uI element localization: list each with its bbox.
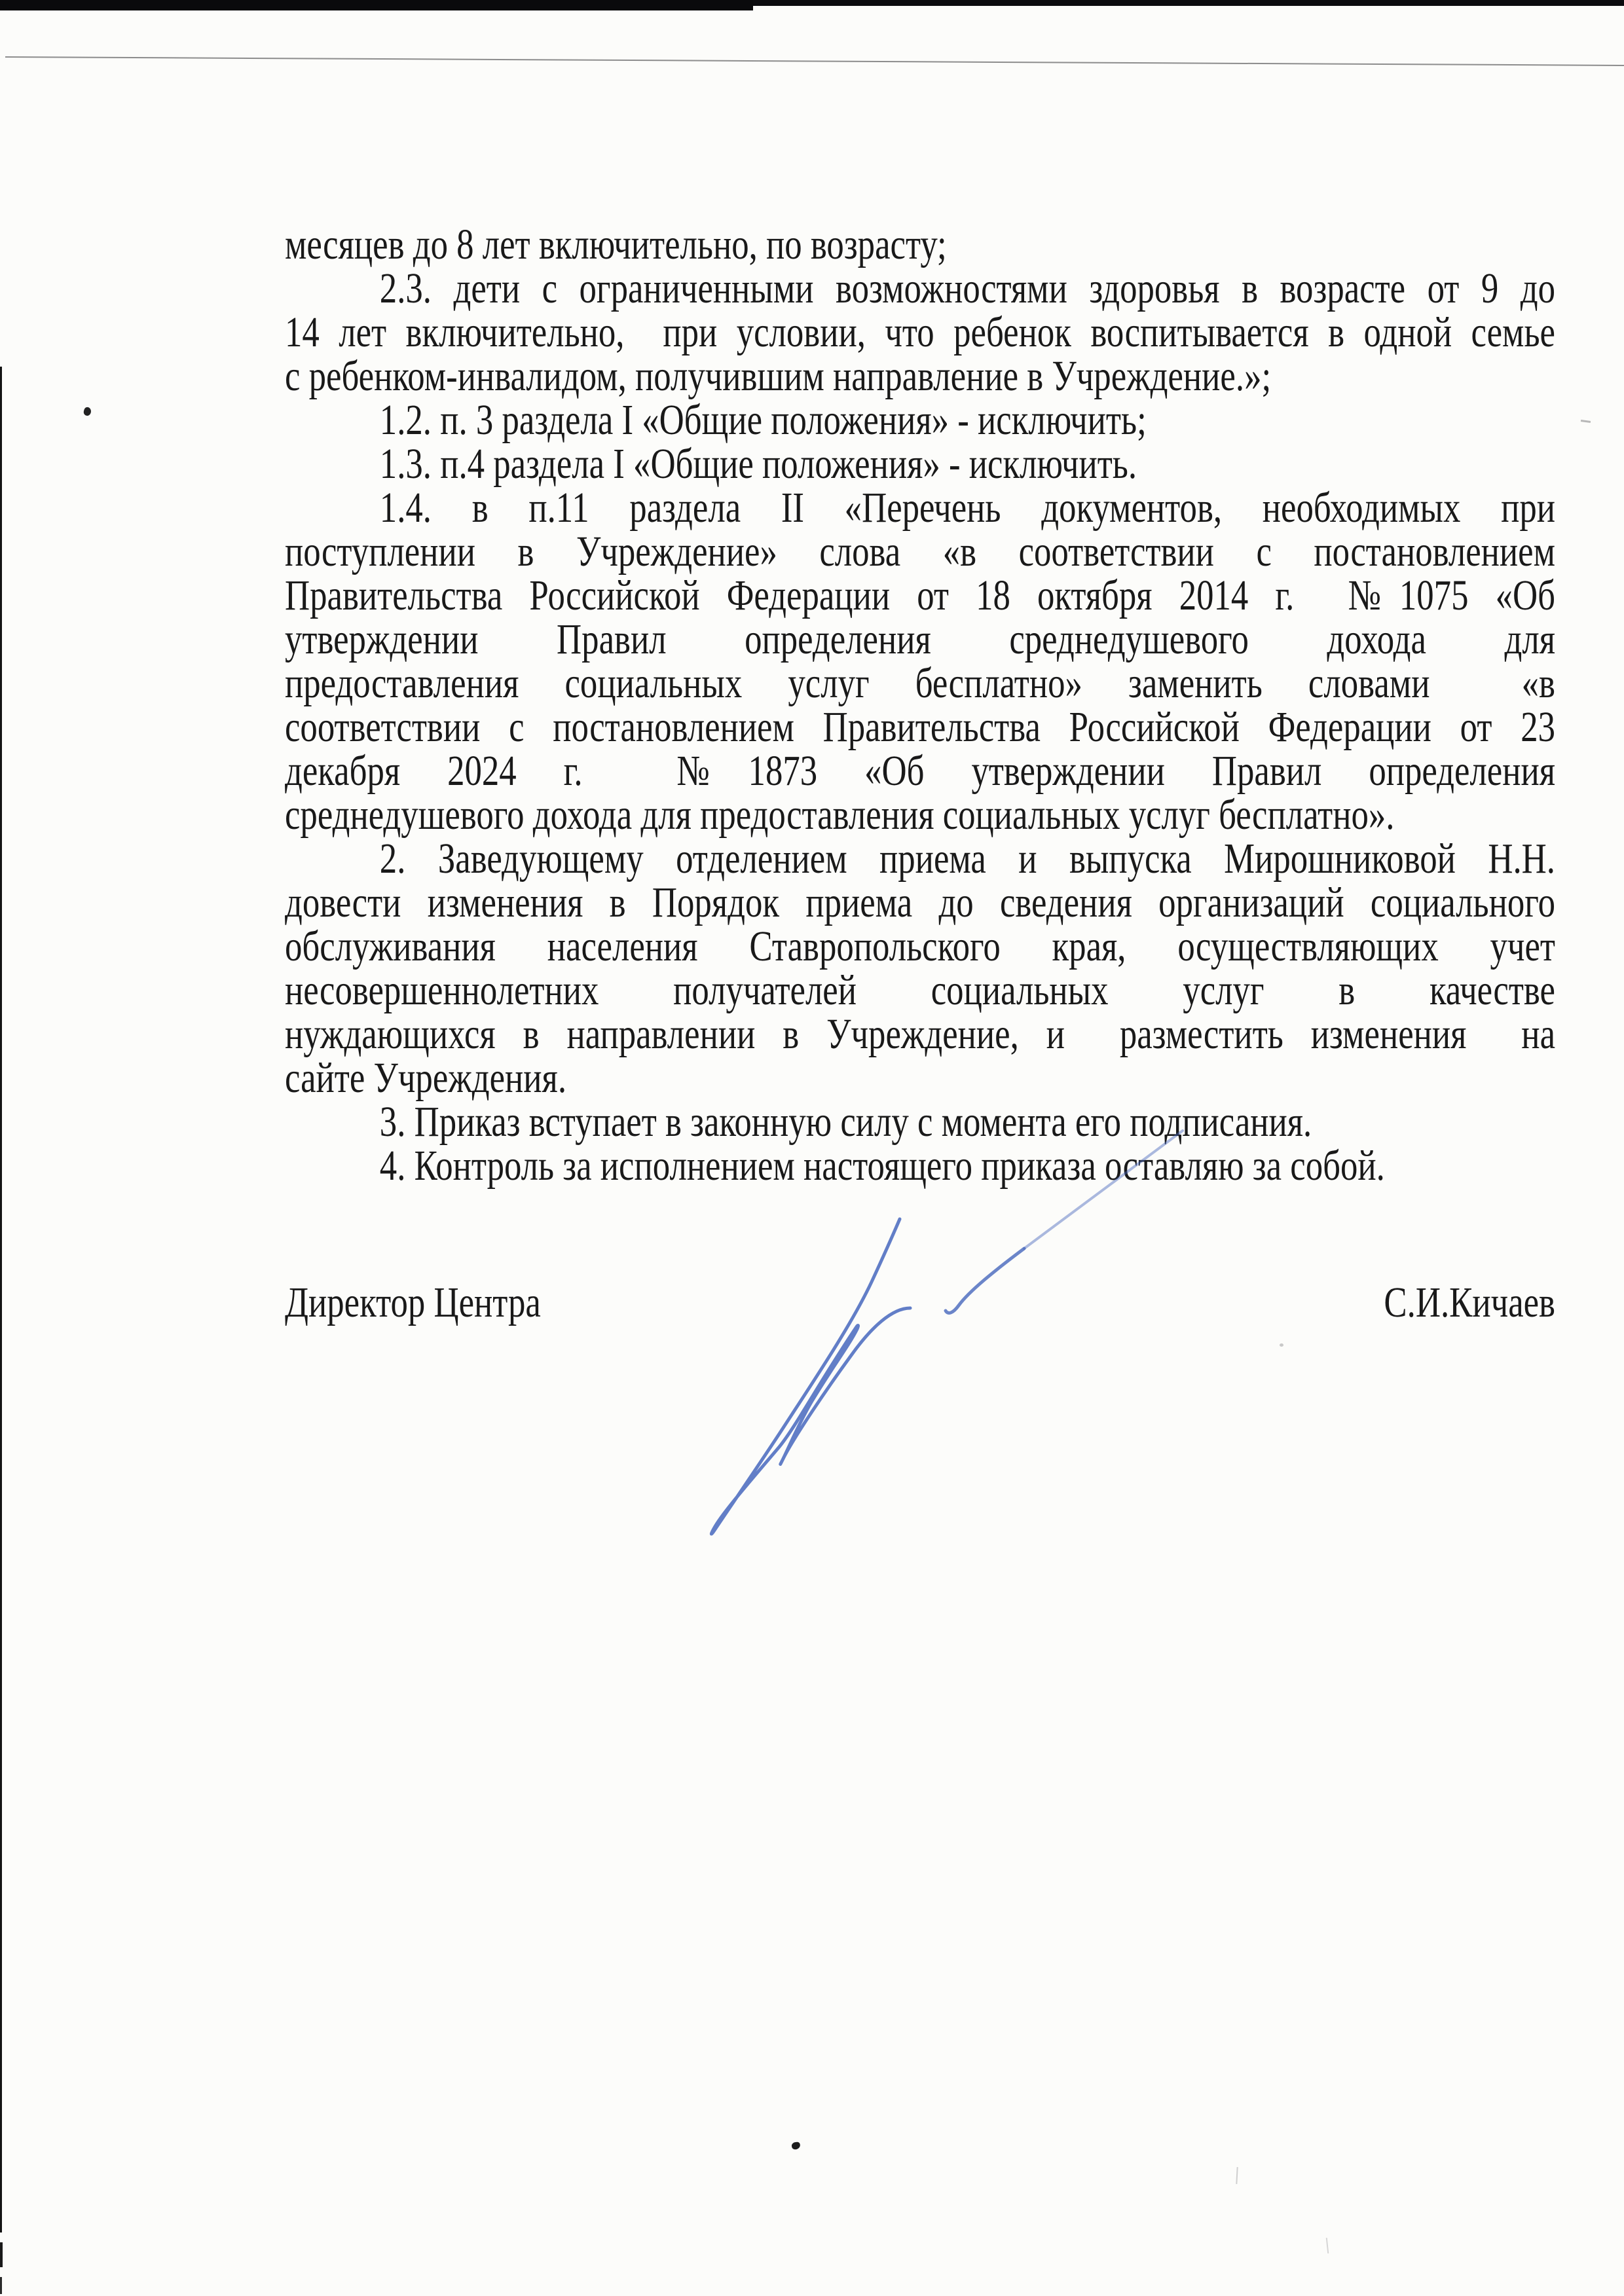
scanned-document-page: месяцев до 8 лет включительно, по возрас… bbox=[0, 0, 1624, 2296]
document-line: Правительства Российской Федерации от 18… bbox=[285, 574, 1555, 617]
scan-left-edge-dash bbox=[0, 2277, 2, 2294]
document-line: нуждающихся в направлении в Учреждение, … bbox=[285, 1012, 1555, 1056]
ink-speck bbox=[83, 407, 92, 416]
signature-row: Директор Центра С.И.Кичаев bbox=[285, 1281, 1555, 1324]
scan-horizontal-line-artifact bbox=[5, 56, 1624, 66]
document-line: утверждении Правил определения среднедуш… bbox=[285, 617, 1555, 661]
document-line: 2. Заведующему отделением приема и выпус… bbox=[285, 837, 1555, 881]
document-line: 1.4. в п.11 раздела II «Перечень докумен… bbox=[285, 486, 1555, 530]
signer-title: Директор Центра bbox=[285, 1281, 541, 1324]
document-line: предоставления социальных услуг бесплатн… bbox=[285, 661, 1555, 705]
scan-left-edge-dash bbox=[0, 2242, 3, 2267]
document-line: сайте Учреждения. bbox=[285, 1056, 1555, 1100]
scan-speck bbox=[1236, 2167, 1238, 2184]
document-line: 3. Приказ вступает в законную силу с мом… bbox=[285, 1100, 1555, 1144]
document-line: месяцев до 8 лет включительно, по возрас… bbox=[285, 223, 1555, 266]
scan-speck bbox=[1280, 1343, 1283, 1347]
document-line: 4. Контроль за исполнением настоящего пр… bbox=[285, 1144, 1555, 1188]
document-line: несовершеннолетних получателей социальны… bbox=[285, 968, 1555, 1012]
scan-left-edge-artifact bbox=[0, 367, 2, 2232]
document-line: декабря 2024 г. №1873 «Об утверждении Пр… bbox=[285, 749, 1555, 793]
document-body: месяцев до 8 лет включительно, по возрас… bbox=[285, 223, 1555, 1324]
document-line: довести изменения в Порядок приема до св… bbox=[285, 881, 1555, 924]
scan-speck bbox=[1326, 2238, 1329, 2253]
document-line: 14 лет включительно, при условии, что ре… bbox=[285, 310, 1555, 354]
document-line: поступлении в Учреждение» слова «в соотв… bbox=[285, 530, 1555, 574]
signer-name: С.И.Кичаев bbox=[1384, 1281, 1555, 1324]
document-line: среднедушевого дохода для предоставления… bbox=[285, 793, 1555, 837]
document-line: обслуживания населения Ставропольского к… bbox=[285, 924, 1555, 968]
document-line: с ребенком-инвалидом, получившим направл… bbox=[285, 354, 1555, 398]
scan-top-edge-artifact-thick bbox=[0, 0, 753, 10]
document-line: соответствии с постановлением Правительс… bbox=[285, 705, 1555, 749]
document-line: 1.2. п. 3 раздела I «Общие положения» - … bbox=[285, 398, 1555, 442]
ink-speck bbox=[791, 2141, 801, 2150]
scan-speck bbox=[1581, 420, 1591, 423]
document-line: 2.3. дети с ограниченными возможностями … bbox=[285, 266, 1555, 310]
document-line: 1.3. п.4 раздела I «Общие положения» - и… bbox=[285, 442, 1555, 486]
